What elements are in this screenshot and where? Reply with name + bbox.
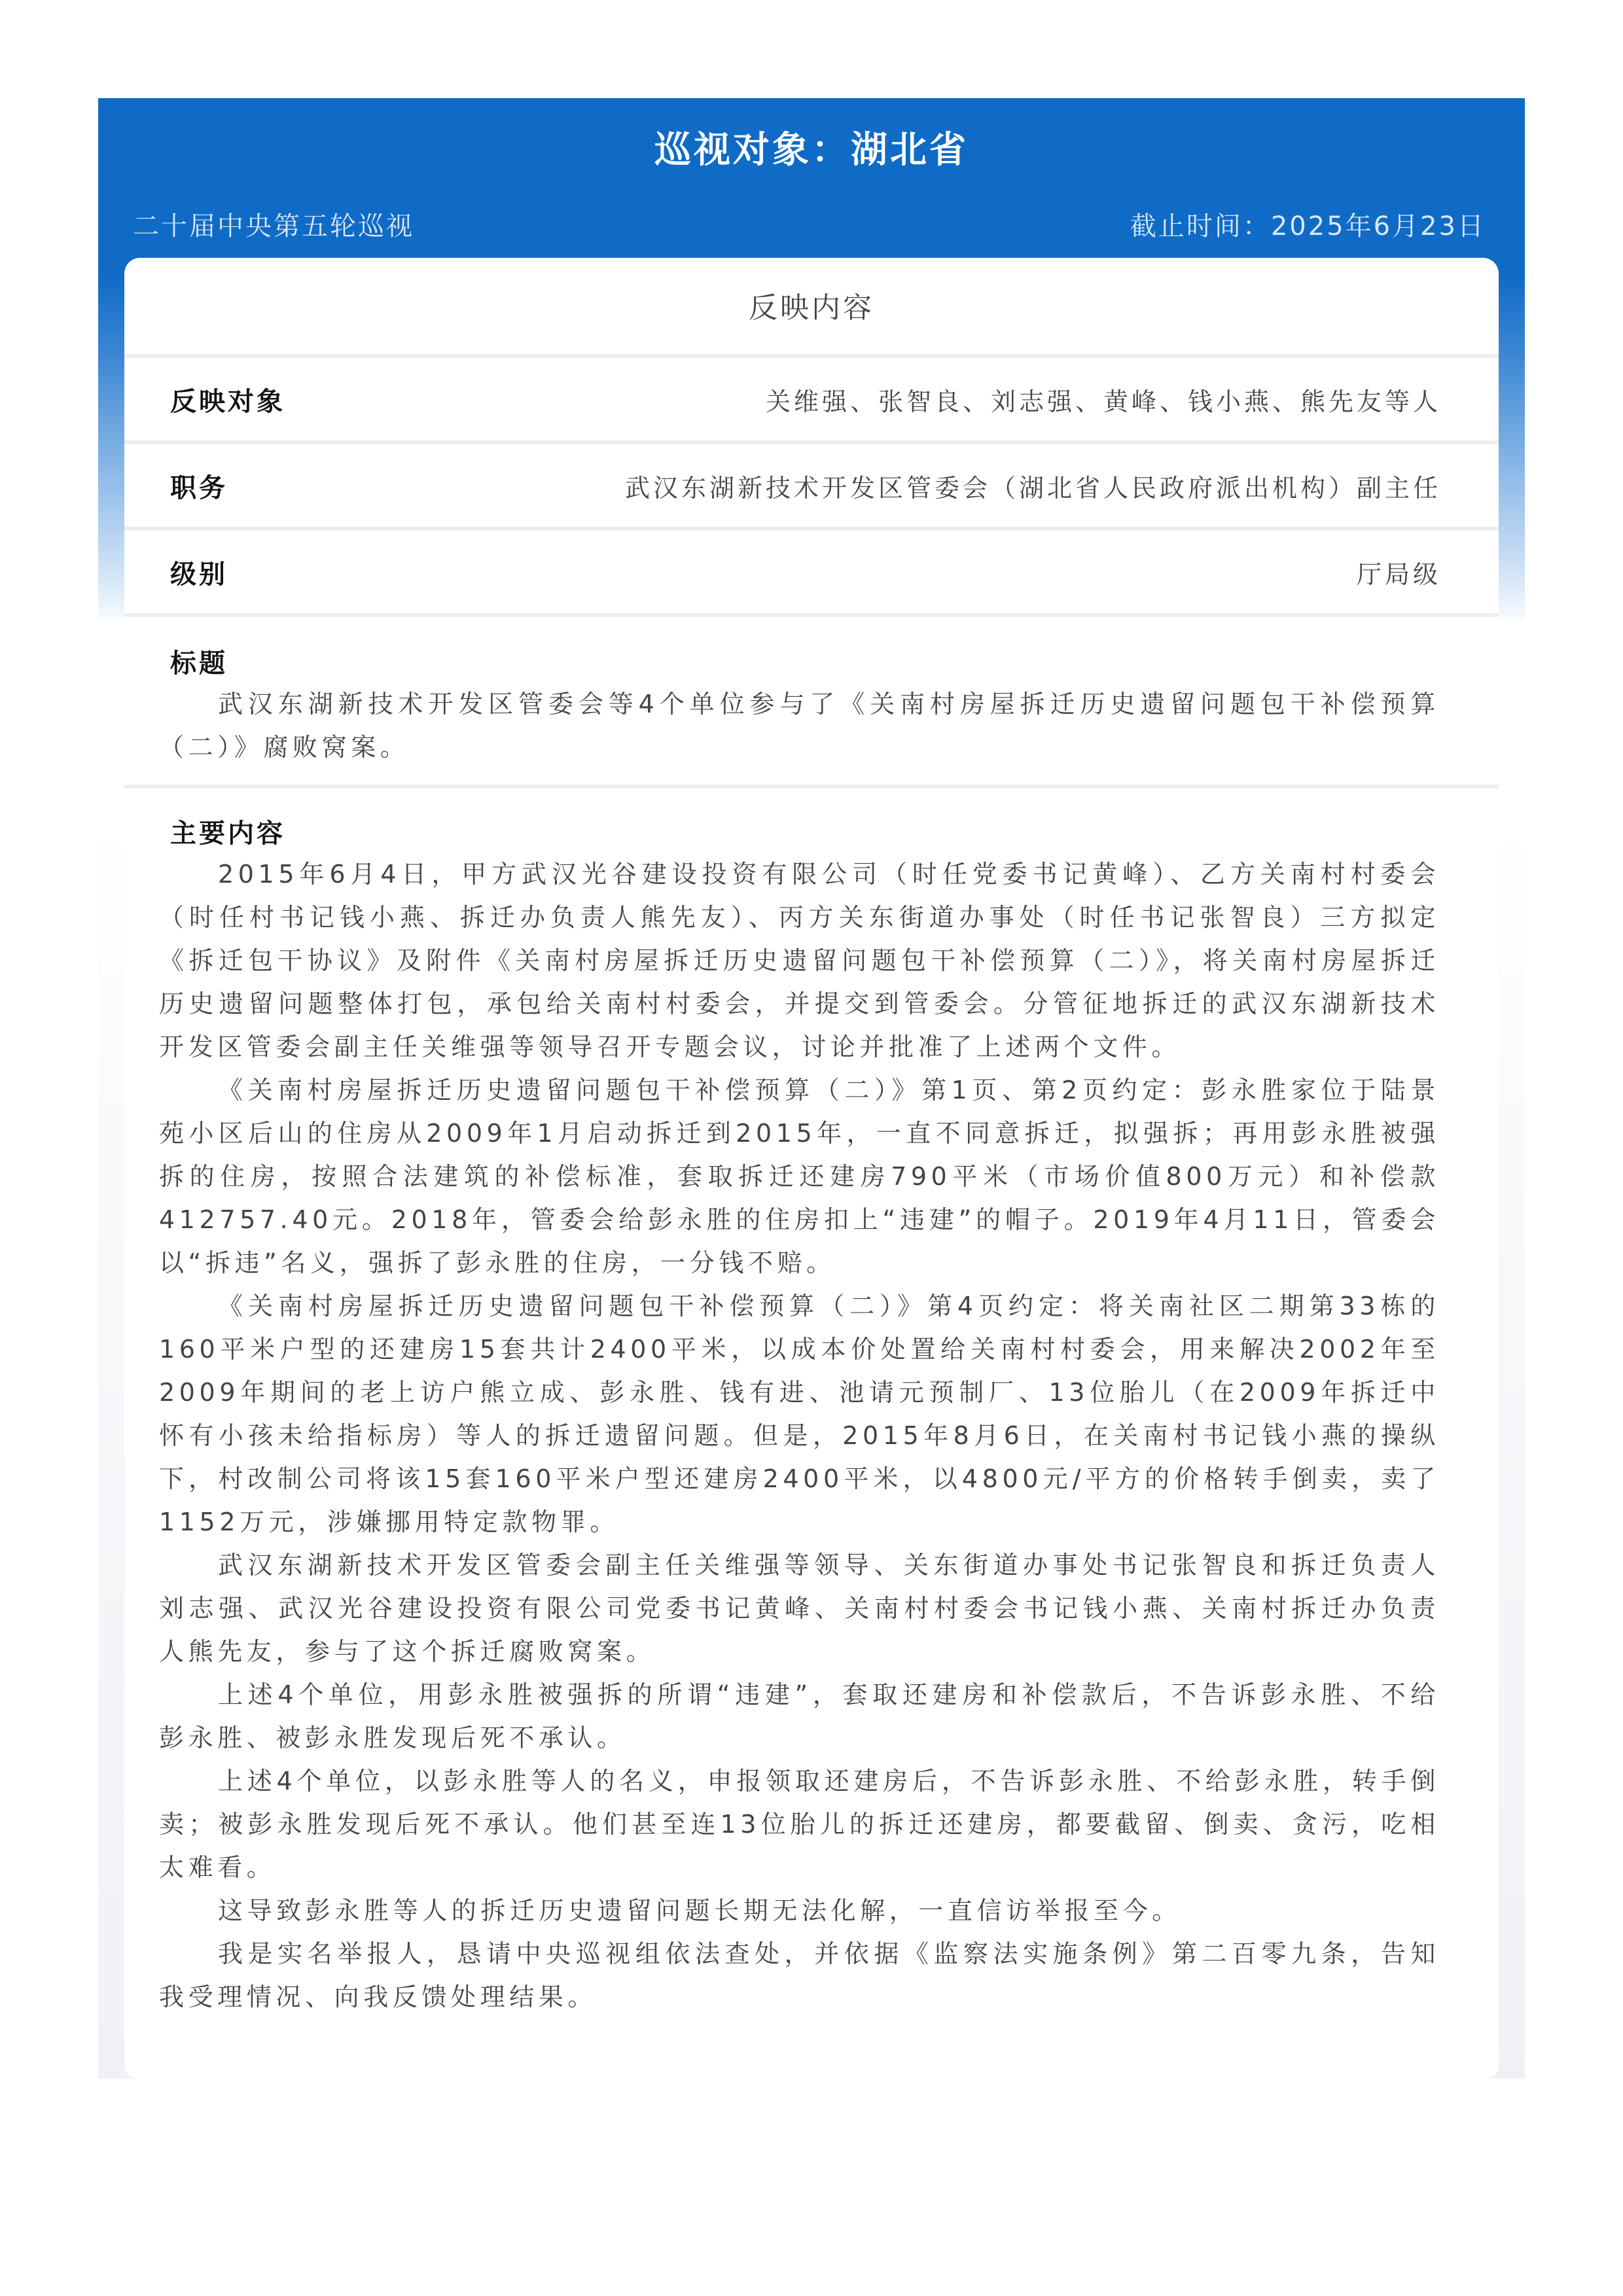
title-section: 标题 武汉东湖新技术开发区管委会等4个单位参与了《关南村房屋拆迁历史遗留问题包干… [124, 617, 1499, 788]
paragraph: 武汉东湖新技术开发区管委会副主任关维强等领导、关东街道办事处书记张智良和拆迁负责… [159, 1544, 1440, 1673]
section-label: 标题 [159, 645, 1440, 682]
paragraph: 2015年6月4日，甲方武汉光谷建设投资有限公司（时任党委书记黄峰）、乙方关南村… [159, 853, 1440, 1069]
info-label: 反映对象 [170, 381, 285, 418]
paragraph: 上述4个单位，以彭永胜等人的名义，申报领取还建房后，不告诉彭永胜、不给彭永胜，转… [159, 1759, 1440, 1889]
info-value: 关维强、张智良、刘志强、黄峰、钱小燕、熊先友等人 [766, 381, 1441, 417]
deadline-date: 截止时间：2025年6月23日 [1130, 208, 1486, 245]
info-label: 级别 [170, 554, 228, 591]
info-row-level: 级别 厅局级 [124, 531, 1499, 617]
card-heading: 反映内容 [124, 258, 1499, 358]
info-value: 武汉东湖新技术开发区管委会（湖北省人民政府派出机构）副主任 [625, 468, 1441, 504]
paragraph: 上述4个单位，用彭永胜被强拆的所谓“违建”，套取还建房和补偿款后，不告诉彭永胜、… [159, 1673, 1440, 1759]
info-value: 厅局级 [1357, 554, 1441, 590]
info-row-position: 职务 武汉东湖新技术开发区管委会（湖北省人民政府派出机构）副主任 [124, 444, 1499, 531]
info-row-subjects: 反映对象 关维强、张智良、刘志强、黄峰、钱小燕、熊先友等人 [124, 358, 1499, 444]
paragraph: 《关南村房屋拆迁历史遗留问题包干补偿预算（二）》第1页、第2页约定：彭永胜家位于… [159, 1069, 1440, 1284]
paragraph: 《关南村房屋拆迁历史遗留问题包干补偿预算（二）》第4页约定：将关南社区二期第33… [159, 1284, 1440, 1544]
info-label: 职务 [170, 467, 228, 504]
paragraph: 我是实名举报人，恳请中央巡视组依法查处，并依据《监察法实施条例》第二百零九条，告… [159, 1932, 1440, 2019]
main-content-section: 主要内容 2015年6月4日，甲方武汉光谷建设投资有限公司（时任党委书记黄峰）、… [124, 788, 1499, 2038]
paragraph: 这导致彭永胜等人的拆迁历史遗留问题长期无法化解，一直信访举报至今。 [159, 1889, 1440, 1932]
inspection-round: 二十届中央第五轮巡视 [133, 208, 414, 245]
section-label: 主要内容 [159, 815, 1440, 853]
page-title: 巡视对象：湖北省 [98, 124, 1525, 177]
report-card: 反映内容 反映对象 关维强、张智良、刘志强、黄峰、钱小燕、熊先友等人 职务 武汉… [124, 258, 1499, 2079]
title-text: 武汉东湖新技术开发区管委会等4个单位参与了《关南村房屋拆迁历史遗留问题包干补偿预… [159, 682, 1440, 769]
